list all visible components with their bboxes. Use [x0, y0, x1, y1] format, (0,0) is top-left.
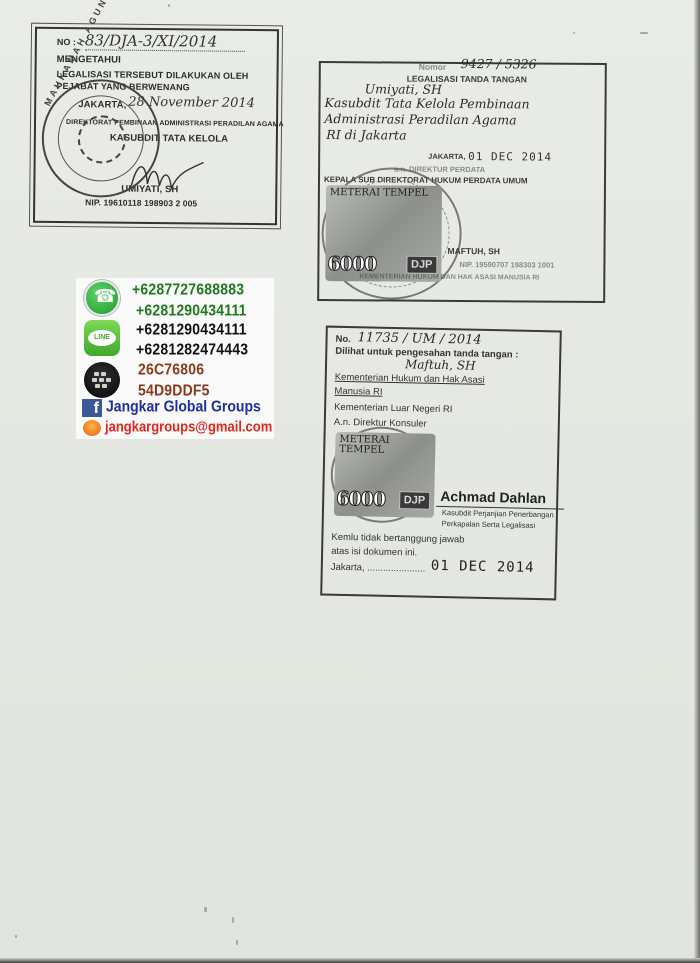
meterai-title: METERAI TEMPEL — [330, 188, 428, 199]
scan-edge-bottom — [0, 958, 700, 963]
stamp3-no-label: No. — [335, 334, 351, 345]
stamp2-hand-line3: Administrasi Peradilan Agama — [324, 113, 516, 127]
bbm-pin-2[interactable]: 54D9DDF5 — [138, 381, 210, 399]
whatsapp-icon — [84, 280, 120, 316]
stamp3-signer-name: Achmad Dahlan — [440, 488, 546, 506]
seal-emblem-icon — [78, 115, 127, 164]
scan-speck — [232, 917, 234, 923]
scan-speck — [204, 907, 207, 912]
stamp3-line3: Manusia RI — [334, 386, 382, 398]
meterai-stamp: METERAI TEMPEL 6000 DJP — [334, 432, 436, 518]
stamp2-nomor-value: 9427 / 5326 — [461, 58, 537, 71]
signature-scribble-icon — [127, 156, 207, 197]
meterai-value: 6000 — [327, 253, 376, 275]
contact-card: +6287727688883 +6281290434111 LINE +6281… — [76, 278, 274, 439]
facebook-icon: f — [82, 399, 102, 417]
stamp1-no-value: 83/DJA-3/XI/2014 — [85, 31, 245, 52]
meterai-stamp: METERAI TEMPEL 6000 DJP — [325, 185, 442, 282]
stamp3-disclaimer1: Kemlu tidak bertanggung jawab — [331, 532, 464, 546]
meterai-value: 6000 — [336, 488, 385, 511]
whatsapp-number-1[interactable]: +6287727688883 — [132, 280, 244, 298]
stamp2-hand-line2: Kasubdit Tata Kelola Pembinaan — [325, 97, 530, 111]
stamp2-city: JAKARTA, — [428, 152, 465, 161]
stamp3-handwritten-name: Maftuh, SH — [405, 357, 476, 372]
line-icon: LINE — [84, 320, 120, 356]
line-number-2[interactable]: +6281282474443 — [136, 340, 248, 358]
meterai-title: METERAI TEMPEL — [339, 435, 435, 457]
stamp1-line2: LEGALISASI TERSEBUT DILAKUKAN OLEH — [56, 69, 248, 81]
kemlu-stamp: No. 11735 / UM / 2014 Dilihat untuk peng… — [320, 326, 562, 601]
meterai-brand: DJP — [406, 256, 438, 274]
scan-speck — [640, 32, 648, 34]
scan-speck — [573, 32, 575, 34]
blackberry-icon — [84, 362, 120, 398]
whatsapp-number-2[interactable]: +6281290434111 — [136, 301, 247, 319]
email-icon — [83, 420, 101, 436]
mengetahui-stamp: NO : 83/DJA-3/XI/2014 MENGETAHUI LEGALIS… — [33, 27, 279, 226]
stamp2-signer-name: MAFTUH, SH — [447, 246, 499, 256]
scan-edge-right — [694, 0, 700, 963]
stamp2-hand-line4: RI di Jakarta — [326, 129, 406, 142]
stamp3-line4: Kementerian Luar Negeri RI — [334, 402, 453, 415]
email-address[interactable]: jangkargroups@gmail.com — [105, 418, 272, 435]
bbm-pin-1[interactable]: 26C76806 — [138, 360, 204, 378]
facebook-name[interactable]: Jangkar Global Groups — [106, 397, 261, 415]
stamp1-signer-nip: NIP. 19610118 198903 2 005 — [85, 197, 197, 208]
stamp2-signer-nip: NIP. 19590707 198303 1001 — [459, 260, 554, 270]
stamp3-line2: Kementerian Hukum dan Hak Asasi — [335, 372, 485, 386]
scan-speck — [236, 940, 238, 945]
scan-speck — [15, 935, 17, 938]
stamp3-no-value: 11735 / UM / 2014 — [357, 330, 481, 348]
stamp3-signer-title1: Kasubdit Perjanjian Penerbangan — [442, 508, 554, 519]
scan-speck — [168, 4, 170, 7]
line-icon-label: LINE — [88, 330, 116, 346]
stamp3-date: 01 DEC 2014 — [431, 558, 535, 576]
legalisasi-stamp: Nomor 9427 / 5326 LEGALISASI TANDA TANGA… — [317, 61, 607, 303]
scanned-document-page: NO : 83/DJA-3/XI/2014 MENGETAHUI LEGALIS… — [0, 0, 700, 963]
meterai-brand: DJP — [399, 491, 431, 510]
stamp2-date: 01 DEC 2014 — [468, 150, 552, 164]
line-number-1[interactable]: +6281290434111 — [136, 320, 247, 338]
stamp2-nomor-label: Nomor — [419, 62, 446, 72]
stamp2-seal-line: KEMENTERIAN HUKUM DAN HAK ASASI MANUSIA … — [359, 273, 539, 281]
stamp2-hand-line1: Umiyati, SH — [365, 83, 442, 96]
stamp3-city: Jakarta, ...................... — [331, 562, 426, 575]
stamp3-signer-title2: Perkapalan Serta Legalisasi — [442, 519, 536, 530]
stamp3-disclaimer2: atas isi dokumen ini. — [331, 546, 417, 559]
